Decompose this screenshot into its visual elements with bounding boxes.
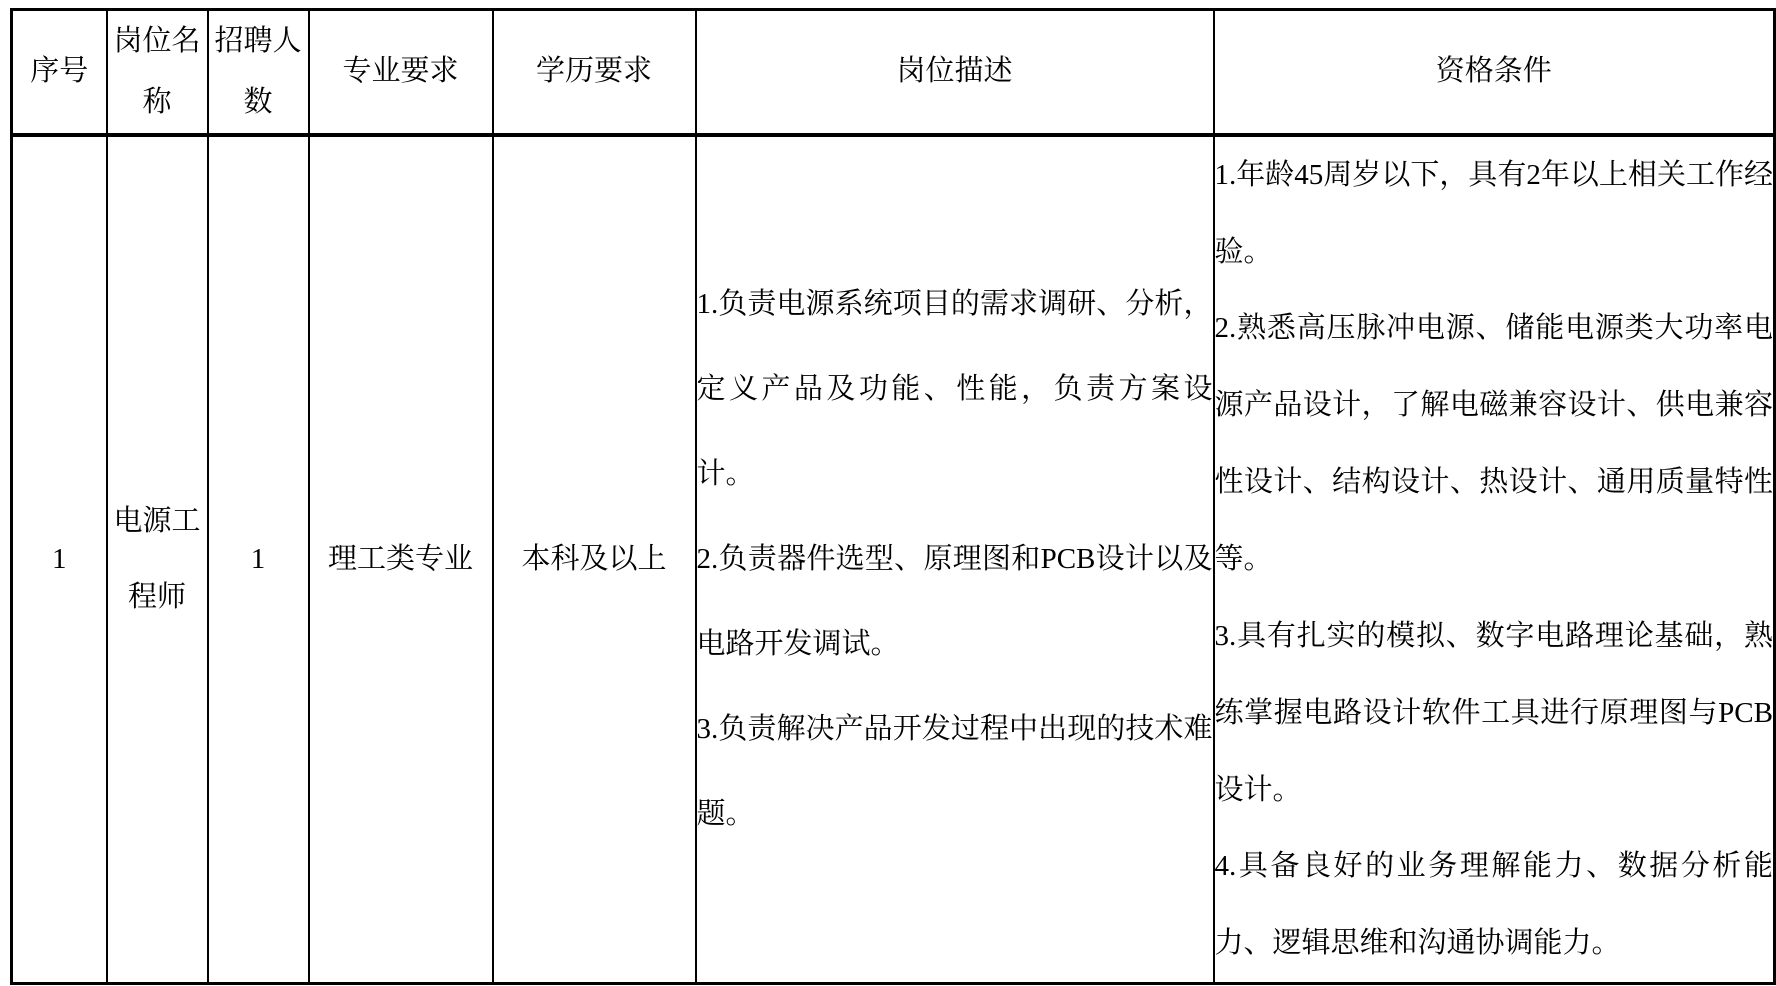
col-header-job-description: 岗位描述: [696, 10, 1214, 135]
table-header-row: 序号 岗位名称 招聘人数 专业要求 学历要求 岗位描述 资格条件: [12, 10, 1775, 135]
col-header-major-requirement: 专业要求: [309, 10, 493, 135]
cell-headcount: 1: [208, 135, 309, 984]
cell-serial: 1: [12, 135, 107, 984]
cell-major-requirement: 理工类专业: [309, 135, 493, 984]
recruitment-table: 序号 岗位名称 招聘人数 专业要求 学历要求 岗位描述 资格条件 1 电源工程师…: [10, 8, 1776, 985]
col-header-serial: 序号: [12, 10, 107, 135]
cell-position-name: 电源工程师: [107, 135, 208, 984]
col-header-education-requirement: 学历要求: [493, 10, 696, 135]
cell-education-requirement: 本科及以上: [493, 135, 696, 984]
col-header-headcount: 招聘人数: [208, 10, 309, 135]
cell-job-description: 1.负责电源系统项目的需求调研、分析，定义产品及功能、性能，负责方案设计。 2.…: [696, 135, 1214, 984]
col-header-qualifications: 资格条件: [1214, 10, 1775, 135]
col-header-position-name: 岗位名称: [107, 10, 208, 135]
document-page: 序号 岗位名称 招聘人数 专业要求 学历要求 岗位描述 资格条件 1 电源工程师…: [0, 0, 1776, 986]
table-row: 1 电源工程师 1 理工类专业 本科及以上 1.负责电源系统项目的需求调研、分析…: [12, 135, 1775, 984]
cell-qualifications: 1.年龄45周岁以下，具有2年以上相关工作经验。 2.熟悉高压脉冲电源、储能电源…: [1214, 135, 1775, 984]
